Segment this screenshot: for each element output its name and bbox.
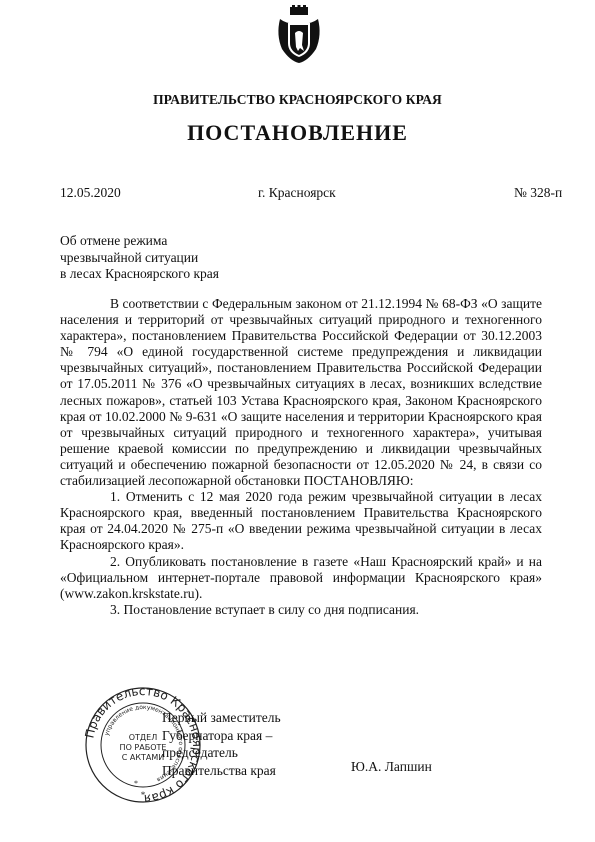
document-body: В соответствии с Федеральным законом от … bbox=[60, 296, 542, 618]
subject-line: чрезвычайной ситуации bbox=[60, 250, 219, 267]
document-subject: Об отмене режима чрезвычайной ситуации в… bbox=[60, 233, 219, 283]
signatory-name: Ю.А. Лапшин bbox=[351, 759, 432, 775]
document-date: 12.05.2020 bbox=[60, 185, 121, 201]
decree-item-3: 3. Постановление вступает в силу со дня … bbox=[60, 602, 542, 618]
preamble-paragraph: В соответствии с Федеральным законом от … bbox=[60, 296, 542, 489]
decree-item-1: 1. Отменить с 12 мая 2020 года режим чре… bbox=[60, 489, 542, 553]
document-number: № 328-п bbox=[514, 185, 562, 201]
coat-of-arms-icon bbox=[276, 5, 322, 65]
position-line: председатель bbox=[162, 744, 281, 762]
position-line: Первый заместитель bbox=[162, 709, 281, 727]
document-city: г. Красноярск bbox=[258, 185, 336, 201]
svg-text:С АКТАМИ: С АКТАМИ bbox=[122, 753, 165, 762]
subject-line: в лесах Красноярского края bbox=[60, 266, 219, 283]
decree-item-2: 2. Опубликовать постановление в газете «… bbox=[60, 554, 542, 602]
svg-text:ОТДЕЛ: ОТДЕЛ bbox=[129, 733, 158, 742]
position-line: Правительства края bbox=[162, 762, 281, 780]
svg-text:*: * bbox=[134, 779, 138, 788]
subject-line: Об отмене режима bbox=[60, 233, 219, 250]
svg-text:*: * bbox=[141, 790, 146, 800]
document-type-title: ПОСТАНОВЛЕНИЕ bbox=[0, 120, 595, 146]
svg-text:ПО РАБОТЕ: ПО РАБОТЕ bbox=[120, 743, 167, 752]
signatory-position: Первый заместитель Губернатора края – пр… bbox=[162, 709, 281, 779]
position-line: Губернатора края – bbox=[162, 727, 281, 745]
organization-name: ПРАВИТЕЛЬСТВО КРАСНОЯРСКОГО КРАЯ bbox=[0, 92, 595, 108]
